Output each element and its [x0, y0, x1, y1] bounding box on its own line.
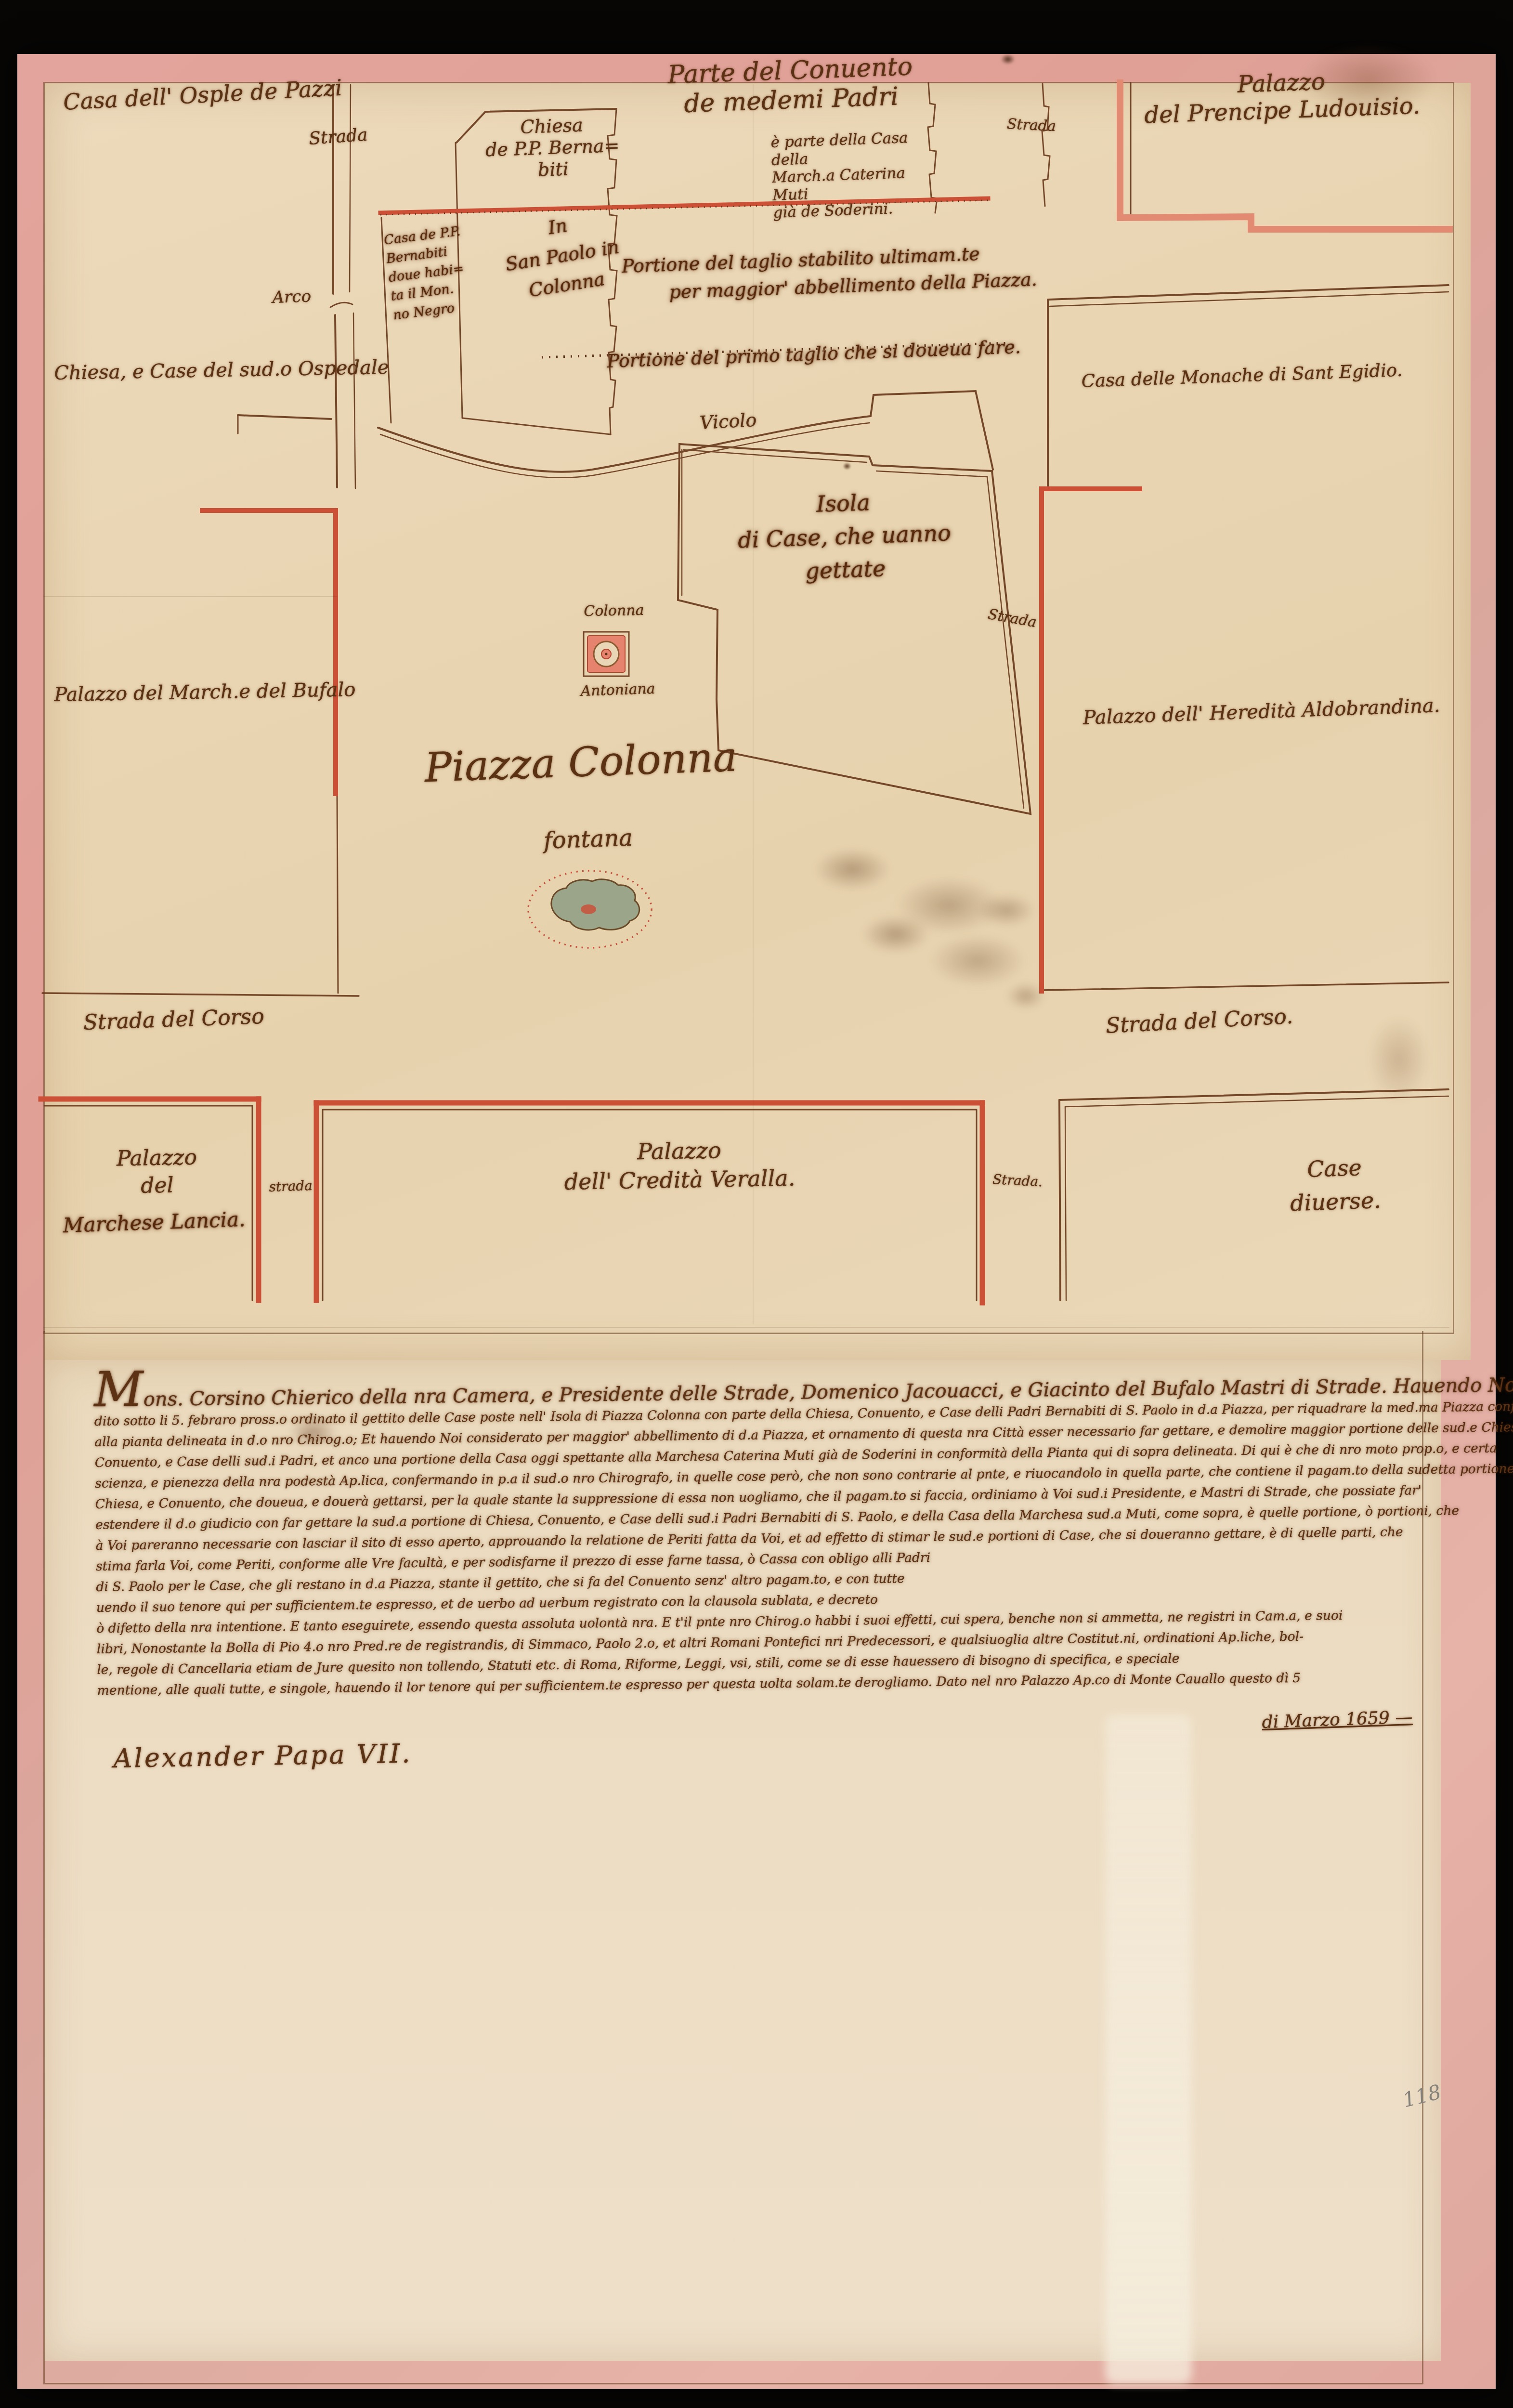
label-colonna: Colonna — [584, 602, 644, 620]
fold-line-left — [43, 596, 337, 597]
label-antoniana: Antoniana — [580, 681, 655, 700]
papal-chirograph-text: Mons. Corsino Chierico della nra Camera,… — [94, 1366, 1441, 1701]
spots-right — [1368, 1016, 1430, 1103]
label-strada-top-right: Strada — [1006, 116, 1056, 135]
repair-strip — [1105, 1714, 1192, 2384]
label-isola: Isola di Case, che uanno gettate — [717, 483, 971, 591]
label-fontana: fontana — [543, 824, 633, 855]
label-case-diverse: Case diuerse. — [1252, 1149, 1418, 1221]
ink-smudge — [814, 848, 891, 891]
label-strada-small-left: strada — [269, 1178, 313, 1195]
ink-smudge — [978, 893, 1035, 927]
label-chiesa-bernabiti: Chiesa de P.P. Berna= biti — [479, 113, 626, 183]
label-arco: Arco — [272, 287, 312, 307]
label-strada-top-left: Strada — [308, 125, 368, 149]
label-parte-convento: Parte del Conuento de medemi Padri — [640, 51, 941, 120]
label-palazzo-lancia: Palazzo del — [104, 1143, 210, 1200]
label-casa-bernabiti-piccola: Casa de P.P. Bernabiti doue habi= ta il … — [383, 221, 476, 325]
label-palazzo-ludovisio: Palazzo del Prencipe Ludouisio. — [1136, 65, 1427, 129]
signature-alexander-vii: Alexander Papa VII. — [113, 1738, 412, 1774]
label-casa-muti: è parte della Casa della March.a Caterin… — [770, 128, 947, 222]
label-strada-small-right: Strada. — [992, 1171, 1043, 1190]
label-vicolo: Vicolo — [699, 409, 757, 434]
fold-line-horizontal — [43, 1327, 1449, 1328]
ink-smudge — [1006, 982, 1045, 1009]
scanned-map-page: Casa dell' Osple de Pazzi Strada Chiesa … — [0, 0, 1513, 2408]
ink-dot — [843, 462, 851, 470]
ink-blot — [1001, 54, 1015, 65]
label-palazzo-veralla: Palazzo dell' Credità Veralla. — [482, 1134, 877, 1198]
ink-smudge — [862, 915, 929, 954]
ink-smudge — [929, 934, 1026, 987]
